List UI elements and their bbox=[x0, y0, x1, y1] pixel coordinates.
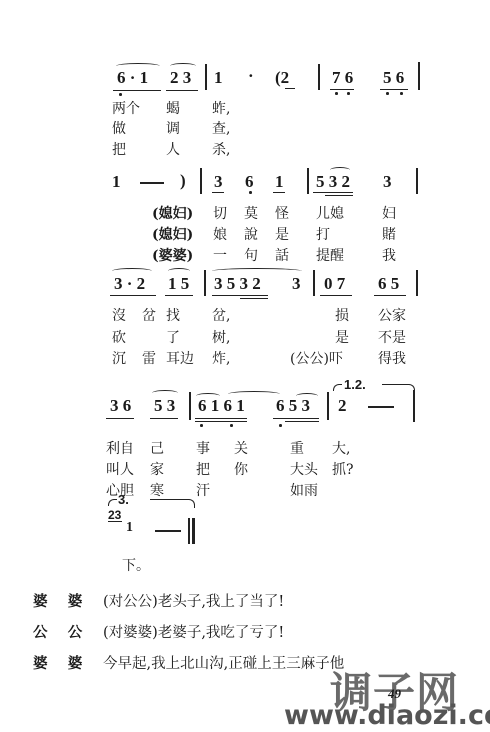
lyric: 得我 bbox=[378, 348, 406, 368]
barline bbox=[416, 168, 418, 194]
lyric: 娘 bbox=[213, 224, 227, 244]
underline bbox=[313, 192, 353, 193]
paren-close: ) bbox=[180, 171, 186, 191]
lyric: 一 bbox=[213, 245, 227, 265]
lyric: 蚱, bbox=[212, 98, 230, 118]
lyric: 說 bbox=[244, 224, 258, 244]
lyric: 做 bbox=[112, 118, 126, 138]
underline bbox=[374, 295, 406, 296]
lyric: 是 bbox=[275, 224, 289, 244]
lyric: 不是 bbox=[378, 327, 406, 347]
lyric: 儿媳 bbox=[316, 203, 344, 223]
note-group: 6 5 bbox=[378, 274, 399, 294]
barline bbox=[327, 392, 329, 420]
lyric: 切 bbox=[213, 203, 227, 223]
lyric: 叫人 bbox=[106, 459, 134, 479]
lyric: 关 bbox=[234, 438, 248, 458]
note: (2 bbox=[275, 68, 289, 88]
volta-label: 1.2. bbox=[344, 377, 366, 392]
lyric: 重 bbox=[290, 438, 304, 458]
lyric: 调 bbox=[166, 118, 180, 138]
extension-dash bbox=[140, 182, 164, 184]
lyric: 树, bbox=[212, 327, 230, 347]
lyric: 沒 bbox=[112, 305, 126, 325]
lyric: 莫 bbox=[244, 203, 258, 223]
lyric: 把 bbox=[112, 139, 126, 159]
note: 6 bbox=[245, 172, 254, 192]
lower-octave-dot bbox=[386, 92, 389, 95]
lyric: 岔 bbox=[142, 305, 156, 325]
lyric: 两个 bbox=[112, 98, 140, 118]
role-label: (媳妇) bbox=[152, 203, 193, 223]
lyric: 砍 bbox=[112, 327, 126, 347]
volta-bracket bbox=[150, 499, 195, 508]
lower-octave-dot bbox=[249, 191, 252, 194]
lyric: 公家 bbox=[378, 305, 406, 325]
lyric: 事 bbox=[196, 438, 210, 458]
lyric: 提醒 bbox=[316, 245, 344, 265]
lyric: 杀, bbox=[212, 139, 230, 159]
lyric: 抓? bbox=[332, 459, 354, 479]
note-group: 1 5 bbox=[168, 274, 189, 294]
note-group: 0 7 bbox=[324, 274, 345, 294]
note: 1 bbox=[126, 520, 133, 536]
dialogue-line: (对婆婆)老婆子,我吃了亏了! bbox=[103, 621, 284, 642]
dot-extension: · bbox=[248, 66, 254, 86]
note-group: 7 6 bbox=[332, 68, 353, 88]
barline bbox=[204, 270, 206, 296]
barline bbox=[416, 270, 418, 296]
final-barline bbox=[192, 518, 195, 544]
lyric: 炸, bbox=[212, 348, 230, 368]
underline bbox=[380, 89, 408, 90]
barline bbox=[307, 168, 309, 194]
underline bbox=[166, 90, 198, 91]
note: 2 bbox=[338, 396, 347, 416]
lyric: 岔, bbox=[212, 305, 230, 325]
lyric: 話 bbox=[275, 245, 289, 265]
lower-octave-dot bbox=[400, 92, 403, 95]
note-group: 5 6 bbox=[383, 68, 404, 88]
lyric: (公公)吓 bbox=[290, 348, 343, 368]
note: 3 bbox=[214, 172, 223, 192]
lyric: 耳边 bbox=[166, 348, 194, 368]
lower-octave-dot bbox=[335, 92, 338, 95]
lower-octave-dot bbox=[347, 92, 350, 95]
underline bbox=[330, 89, 354, 90]
underline bbox=[106, 418, 134, 419]
note-group: 3 5 3 2 bbox=[214, 274, 261, 294]
extension-dash bbox=[368, 406, 394, 408]
note-group: 2 3 bbox=[170, 68, 191, 88]
note: 1 bbox=[214, 68, 223, 88]
lyric: 雷 bbox=[142, 348, 156, 368]
note: 3 bbox=[383, 172, 392, 192]
underline bbox=[273, 192, 285, 193]
note-group: 3 · 2 bbox=[114, 274, 145, 294]
underline bbox=[165, 295, 193, 296]
lyric: 大, bbox=[332, 438, 350, 458]
lyric: 沉 bbox=[112, 348, 126, 368]
volta-bracket bbox=[382, 384, 415, 391]
underline bbox=[110, 295, 156, 296]
grace-notes: 23 bbox=[108, 508, 121, 522]
dialogue-line: (对公公)老头子,我上了当了! bbox=[103, 590, 284, 611]
note-group: 5 3 2 bbox=[316, 172, 350, 192]
volta-bracket bbox=[108, 499, 117, 506]
lyric: 汗 bbox=[196, 480, 210, 500]
lyric: 人 bbox=[166, 139, 180, 159]
lyric: 是 bbox=[335, 327, 349, 347]
underline bbox=[195, 418, 247, 419]
barline bbox=[318, 64, 320, 90]
lyric: 如雨 bbox=[290, 480, 318, 500]
grace-underline bbox=[108, 521, 122, 522]
underline bbox=[285, 421, 319, 422]
lyric: 损 bbox=[335, 305, 349, 325]
underline bbox=[113, 90, 161, 91]
lower-octave-dot bbox=[230, 424, 233, 427]
barline bbox=[313, 270, 315, 296]
lyric: 妇 bbox=[382, 203, 396, 223]
lyric: 我 bbox=[382, 245, 396, 265]
role-label: (婆婆) bbox=[152, 245, 193, 265]
lower-octave-dot bbox=[279, 424, 282, 427]
speaker-label: 公 公 bbox=[33, 621, 82, 642]
lyric: 怪 bbox=[275, 203, 289, 223]
lyric: 己 bbox=[150, 438, 164, 458]
note: 1 bbox=[112, 172, 121, 192]
lyric: 大头 bbox=[290, 459, 318, 479]
lyric: 下。 bbox=[122, 555, 150, 575]
note-group: 6 1 6 1 bbox=[198, 396, 245, 416]
barline bbox=[188, 518, 190, 544]
underline bbox=[320, 295, 352, 296]
lyric: 蝎 bbox=[166, 98, 180, 118]
speaker-label: 婆 婆 bbox=[33, 652, 82, 673]
barline bbox=[200, 168, 202, 194]
lyric: 寒 bbox=[150, 480, 164, 500]
lyric: 家 bbox=[150, 459, 164, 479]
lyric: 查, bbox=[212, 118, 230, 138]
role-label: (媳妇) bbox=[152, 224, 193, 244]
barline bbox=[189, 392, 191, 420]
lyric: 賭 bbox=[382, 224, 396, 244]
underline bbox=[195, 421, 247, 422]
underline bbox=[150, 418, 178, 419]
underline bbox=[325, 195, 353, 196]
note-group: 3 6 bbox=[110, 396, 131, 416]
dialogue-line: 今早起,我上北山沟,正碰上王三麻子他 bbox=[103, 652, 344, 673]
note-group: 6 · 1 bbox=[117, 68, 148, 88]
barline bbox=[418, 62, 420, 90]
lyric: 找 bbox=[166, 305, 180, 325]
underline bbox=[285, 88, 295, 89]
speaker-label: 婆 婆 bbox=[33, 590, 82, 611]
volta-bracket bbox=[333, 384, 342, 391]
underline bbox=[273, 418, 319, 419]
lyric: 句 bbox=[244, 245, 258, 265]
barline bbox=[205, 64, 207, 90]
underline bbox=[212, 295, 268, 296]
lyric: 把 bbox=[196, 459, 210, 479]
lower-octave-dot bbox=[119, 93, 122, 96]
note-group: 6 5 3 bbox=[276, 396, 310, 416]
note: 1 bbox=[275, 172, 284, 192]
lyric: 了 bbox=[166, 327, 180, 347]
lyric: 打 bbox=[316, 224, 330, 244]
lyric: 你 bbox=[234, 459, 248, 479]
underline bbox=[212, 192, 224, 193]
lower-octave-dot bbox=[200, 424, 203, 427]
underline bbox=[240, 298, 268, 299]
lyric: 利自 bbox=[106, 438, 134, 458]
note-group: 5 3 bbox=[154, 396, 175, 416]
extension-dash bbox=[155, 530, 181, 532]
note: 3 bbox=[292, 274, 301, 294]
volta-label: 3. bbox=[118, 492, 129, 507]
watermark-url: www.diaozi.com bbox=[284, 700, 490, 731]
barline bbox=[413, 390, 415, 422]
